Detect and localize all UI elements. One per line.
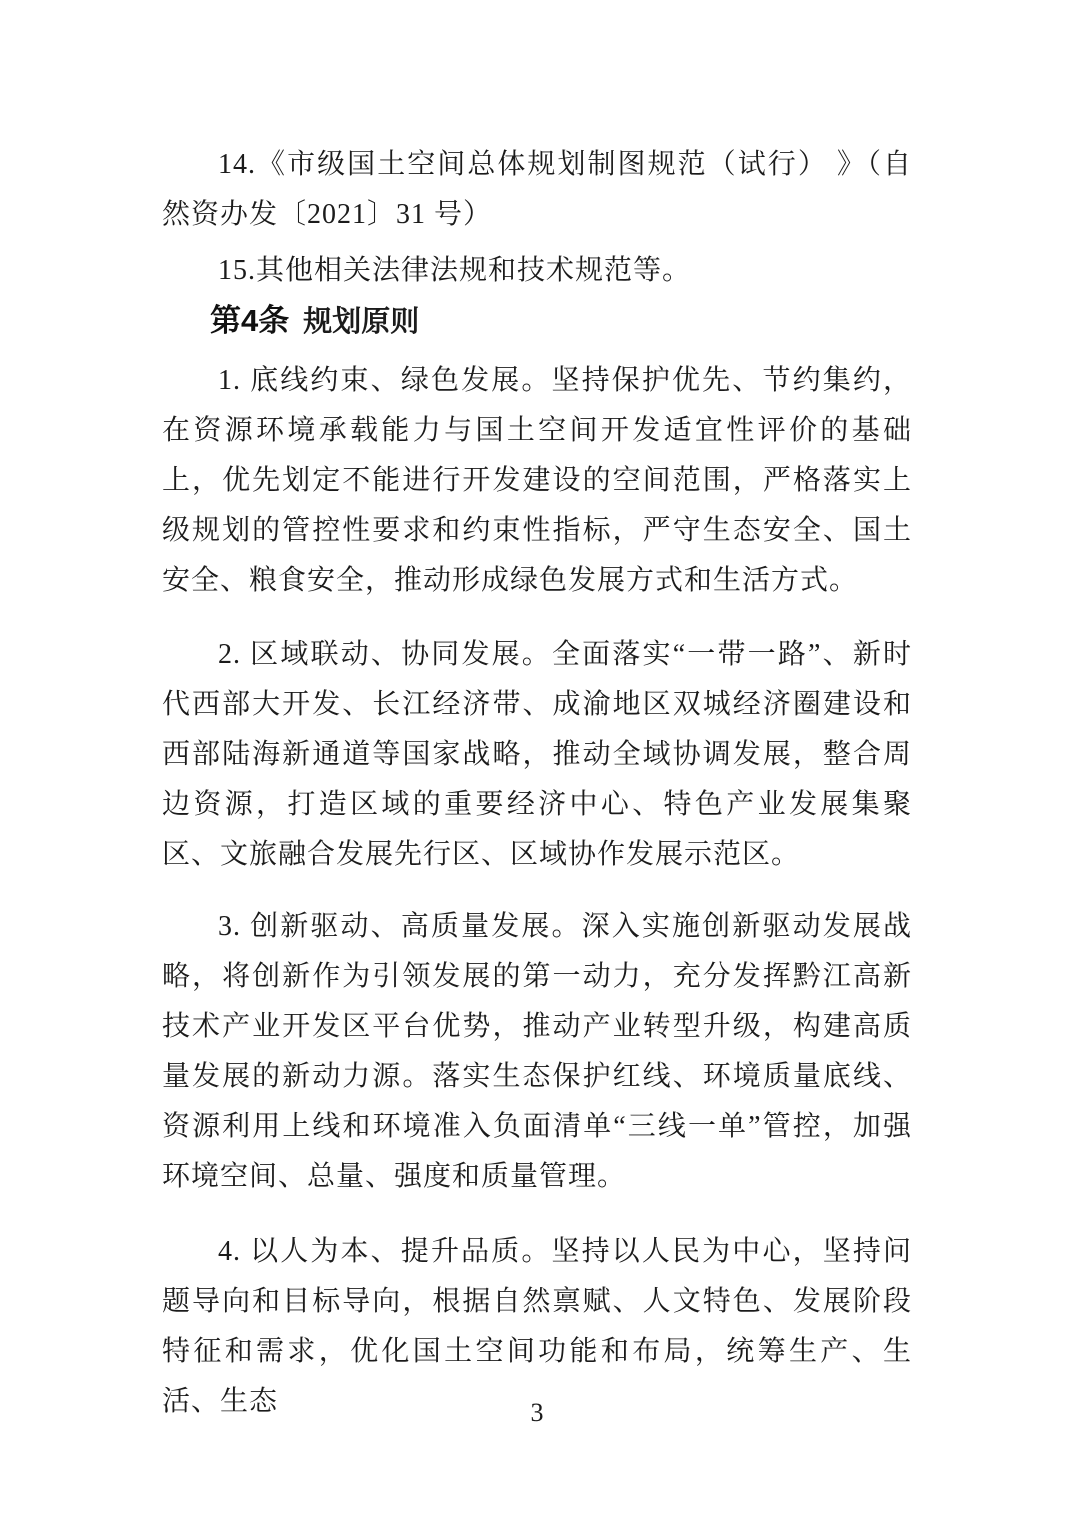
page-number: 3 — [0, 1396, 1074, 1430]
document-content: 14.《市级国土空间总体规划制图规范（试行） 》（自然资办发〔2021〕31 号… — [162, 140, 912, 1427]
paragraph-principle-3: 3. 创新驱动、高质量发展。深入实施创新驱动发展战略，将创新作为引领发展的第一动… — [162, 902, 912, 1202]
list-item-14: 14.《市级国土空间总体规划制图规范（试行） 》（自然资办发〔2021〕31 号… — [162, 140, 912, 240]
paragraph-principle-1: 1. 底线约束、绿色发展。坚持保护优先、节约集约，在资源环境承载能力与国土空间开… — [162, 356, 912, 606]
article-heading-title: 规划原则 — [303, 306, 419, 338]
paragraph-principle-2: 2. 区域联动、协同发展。全面落实“一带一路”、新时代西部大开发、长江经济带、成… — [162, 630, 912, 880]
article-heading-number: 第4条 — [210, 303, 289, 338]
list-item-15: 15.其他相关法律法规和技术规范等。 — [162, 246, 912, 296]
document-page: 14.《市级国土空间总体规划制图规范（试行） 》（自然资办发〔2021〕31 号… — [0, 0, 1074, 1520]
article-heading: 第4条规划原则 — [162, 296, 912, 346]
